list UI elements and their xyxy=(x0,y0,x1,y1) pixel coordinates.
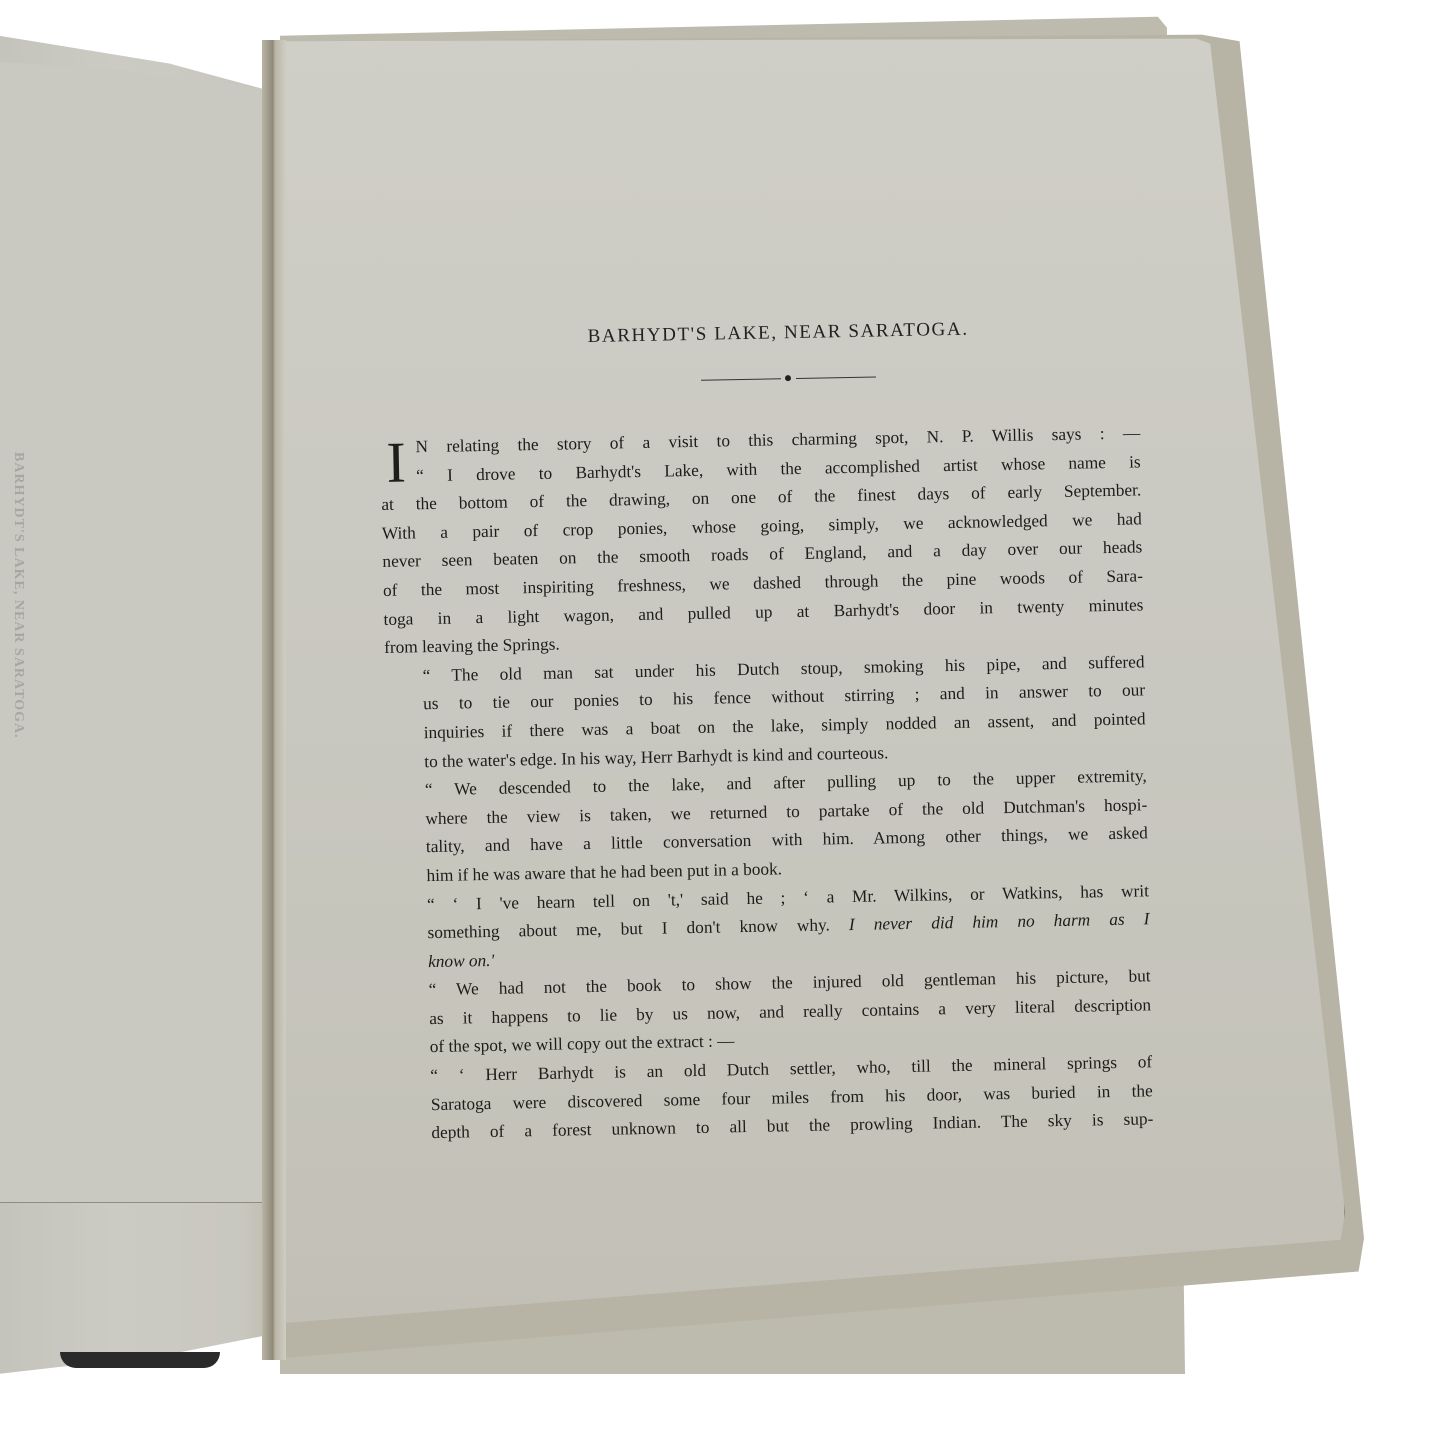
book-gutter xyxy=(262,40,286,1360)
paragraph: “ ‘ Herr Barhydt is an old Dutch settler… xyxy=(392,1048,1154,1148)
drop-cap: I xyxy=(386,439,406,485)
paragraph: “ The old man sat under his Dutch stoup,… xyxy=(384,648,1146,777)
left-page-plate-tissue xyxy=(0,62,270,1203)
paragraph: I N relating the story of a visit to thi… xyxy=(380,419,1144,662)
paragraph: “ We had not the book to show the injure… xyxy=(390,963,1152,1063)
title-ornament-divider xyxy=(701,372,876,385)
left-page-bleed-through-caption: BARHYDT'S LAKE, NEAR SARATOGA. xyxy=(10,452,26,739)
right-page-text: BARHYDT'S LAKE, NEAR SARATOGA. I N relat… xyxy=(378,315,1154,1148)
book-cover-edge xyxy=(60,1352,220,1368)
paragraph: “ We descended to the lake, and after pu… xyxy=(387,762,1149,891)
open-book-photo: BARHYDT'S LAKE, NEAR SARATOGA. BARHYDT'S… xyxy=(0,0,1445,1445)
paragraph: “ ‘ I 've hearn tell on 't,' said he ; ‘… xyxy=(389,877,1151,977)
body-text: I N relating the story of a visit to thi… xyxy=(380,419,1154,1148)
left-page: BARHYDT'S LAKE, NEAR SARATOGA. xyxy=(0,22,282,1407)
